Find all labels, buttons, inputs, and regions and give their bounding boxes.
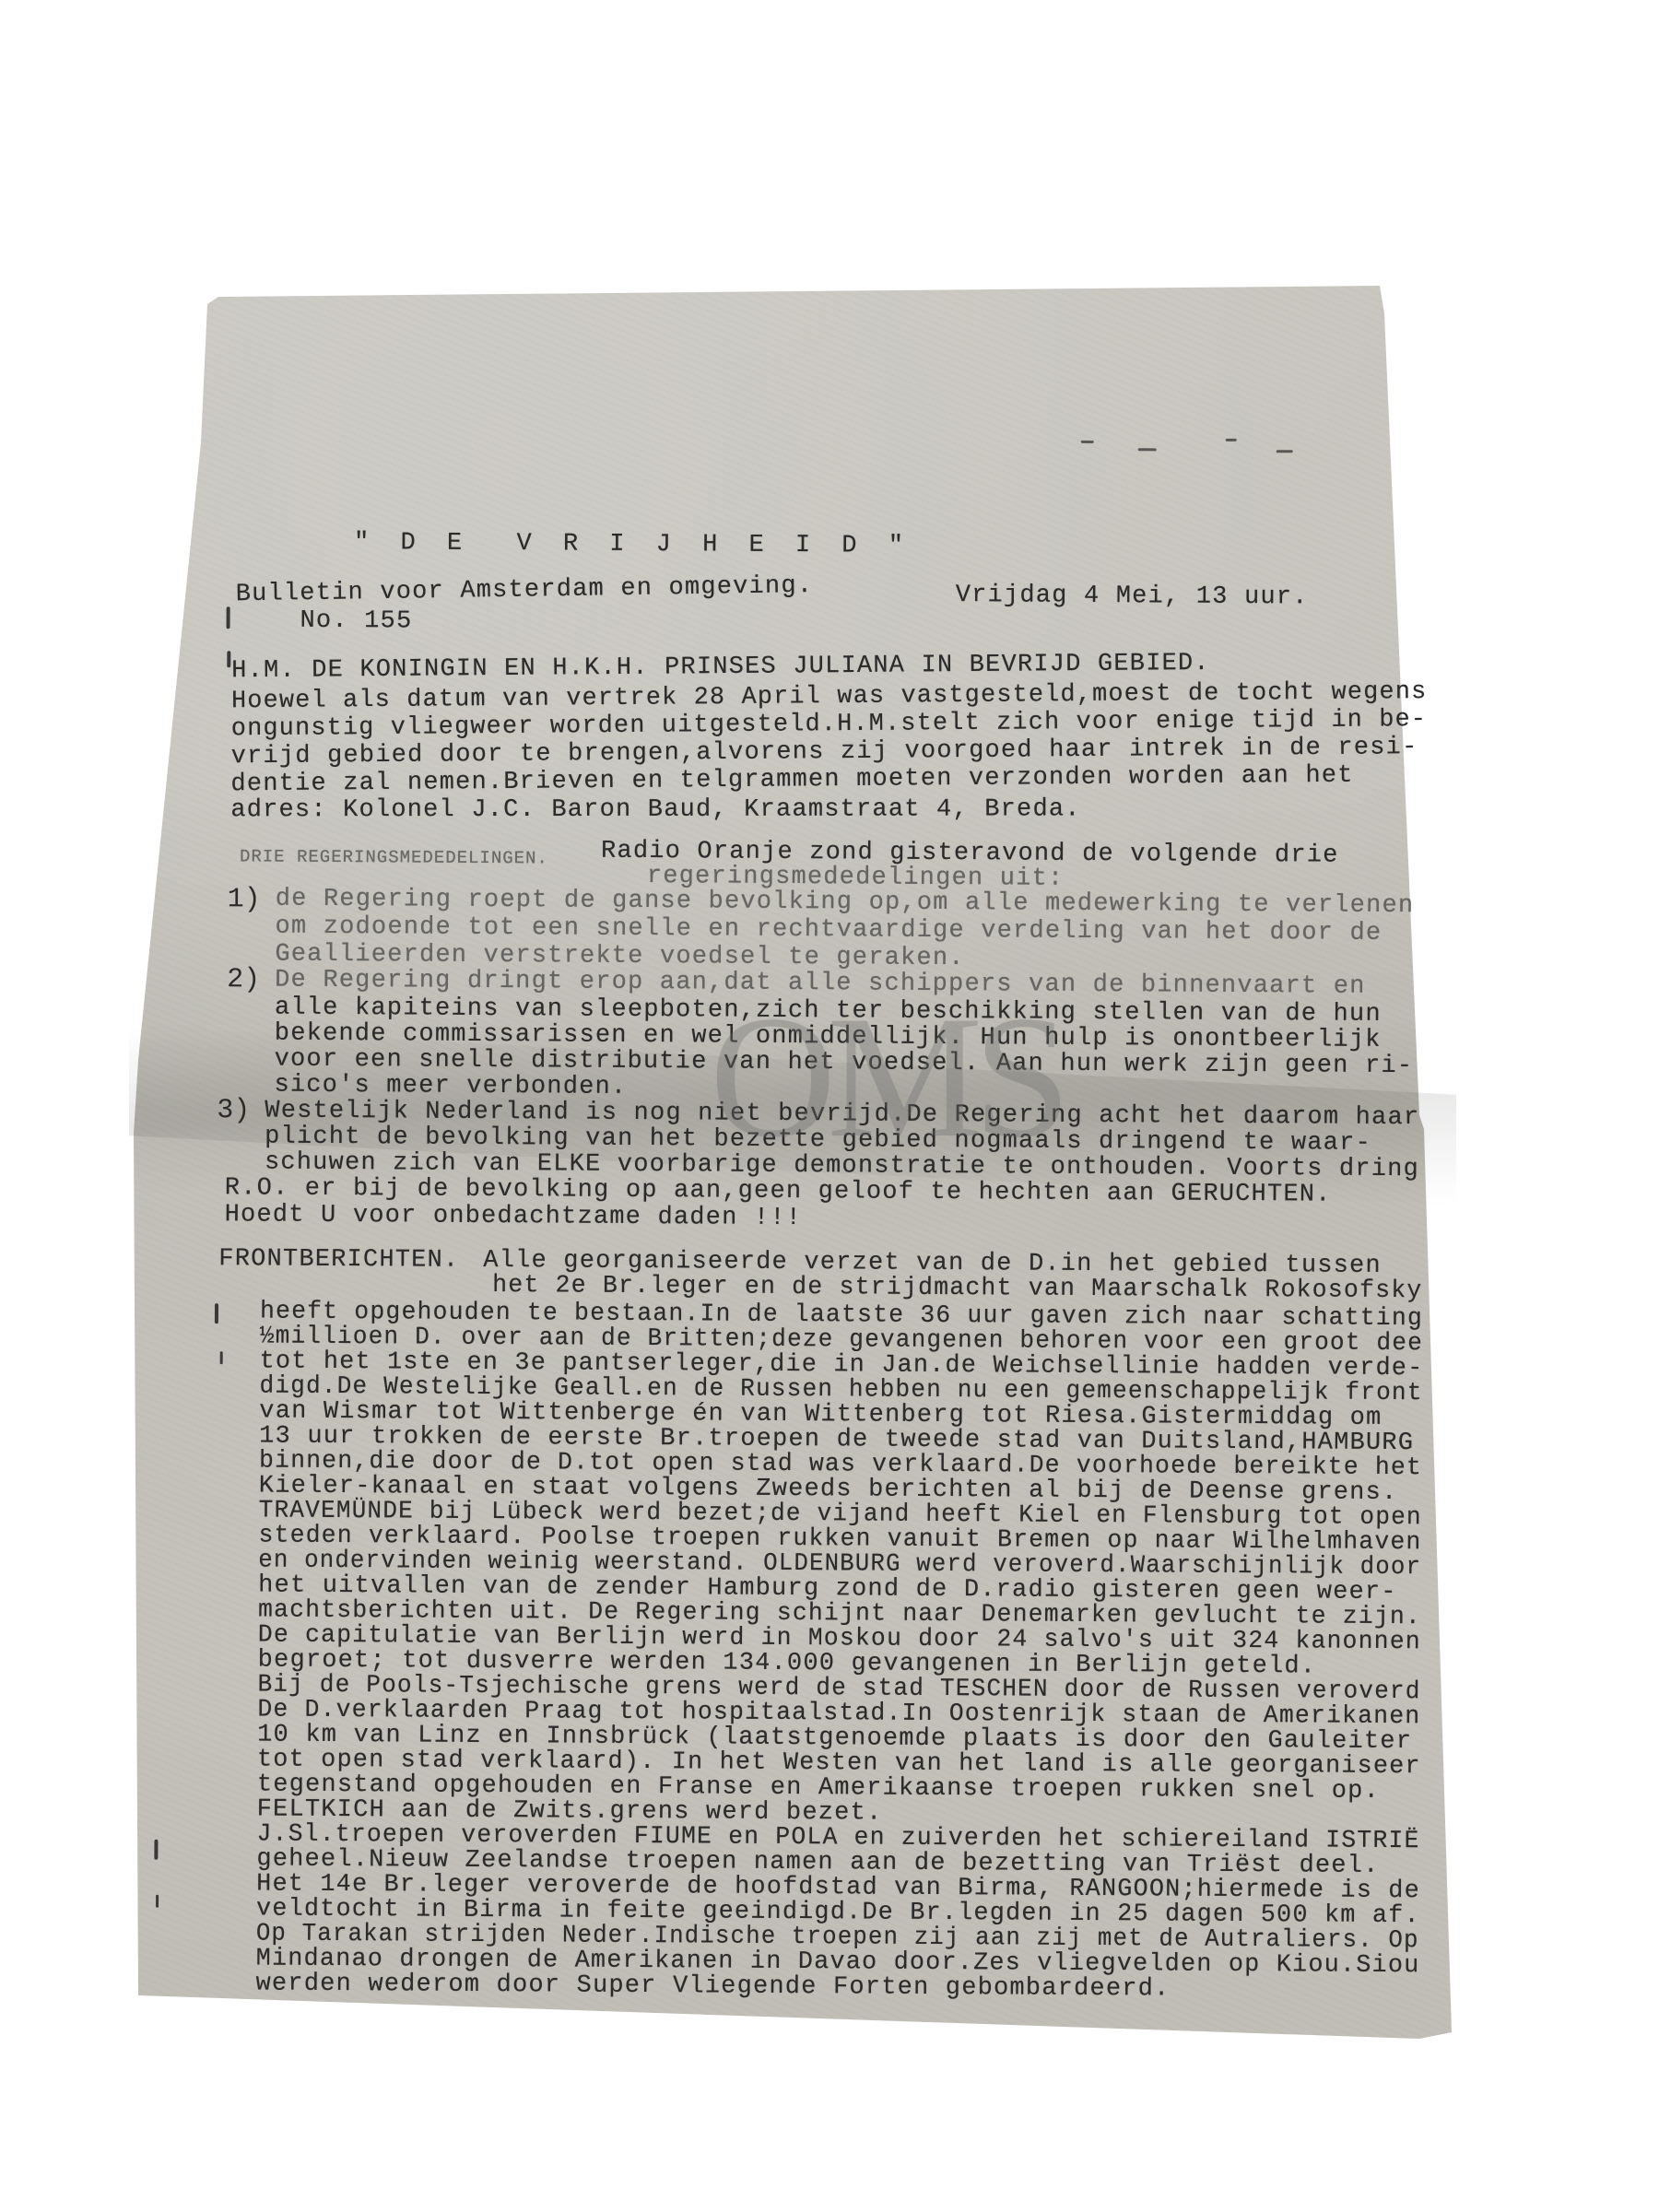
item-number: 1): [228, 884, 261, 915]
front-line: werden wederom door Super Vliegende Fort…: [255, 1968, 1170, 2005]
item-number: 3): [217, 1095, 250, 1126]
stray-ink-mark: [1226, 439, 1237, 441]
margin-ink-mark: [227, 606, 230, 629]
royal-line: adres: Kolonel J.C. Baron Baud, Kraamstr…: [230, 794, 1080, 826]
mededeling-closing: Hoedt U voor onbedachtzame daden !!!: [225, 1199, 803, 1234]
margin-ink-mark: [156, 1895, 159, 1908]
stray-ink-mark: [1081, 441, 1094, 443]
stray-ink-mark: [1277, 450, 1293, 453]
stray-ink-mark: [1138, 448, 1157, 451]
margin-ink-mark: [215, 1303, 218, 1324]
item-number: 2): [227, 964, 260, 995]
bulletin-subtitle: Bulletin voor Amsterdam en omgeving.: [235, 571, 813, 610]
margin-ink-mark: [227, 651, 230, 667]
section-heading-mededelingen: DRIE REGERINGSMEDEDELINGEN.: [240, 841, 548, 874]
margin-ink-mark: [154, 1840, 158, 1860]
issue-number: No. 155: [300, 606, 412, 638]
margin-ink-mark: [220, 1351, 223, 1364]
section-heading-front: FRONTBERICHTEN.: [218, 1243, 459, 1277]
bulletin-title: " D E V R I J H E I D ": [354, 527, 912, 562]
typewritten-bulletin: " D E V R I J H E I D " Bulletin voor Am…: [0, 0, 1659, 2212]
bulletin-date: Vrijdag 4 Mei, 13 uur.: [956, 580, 1309, 613]
